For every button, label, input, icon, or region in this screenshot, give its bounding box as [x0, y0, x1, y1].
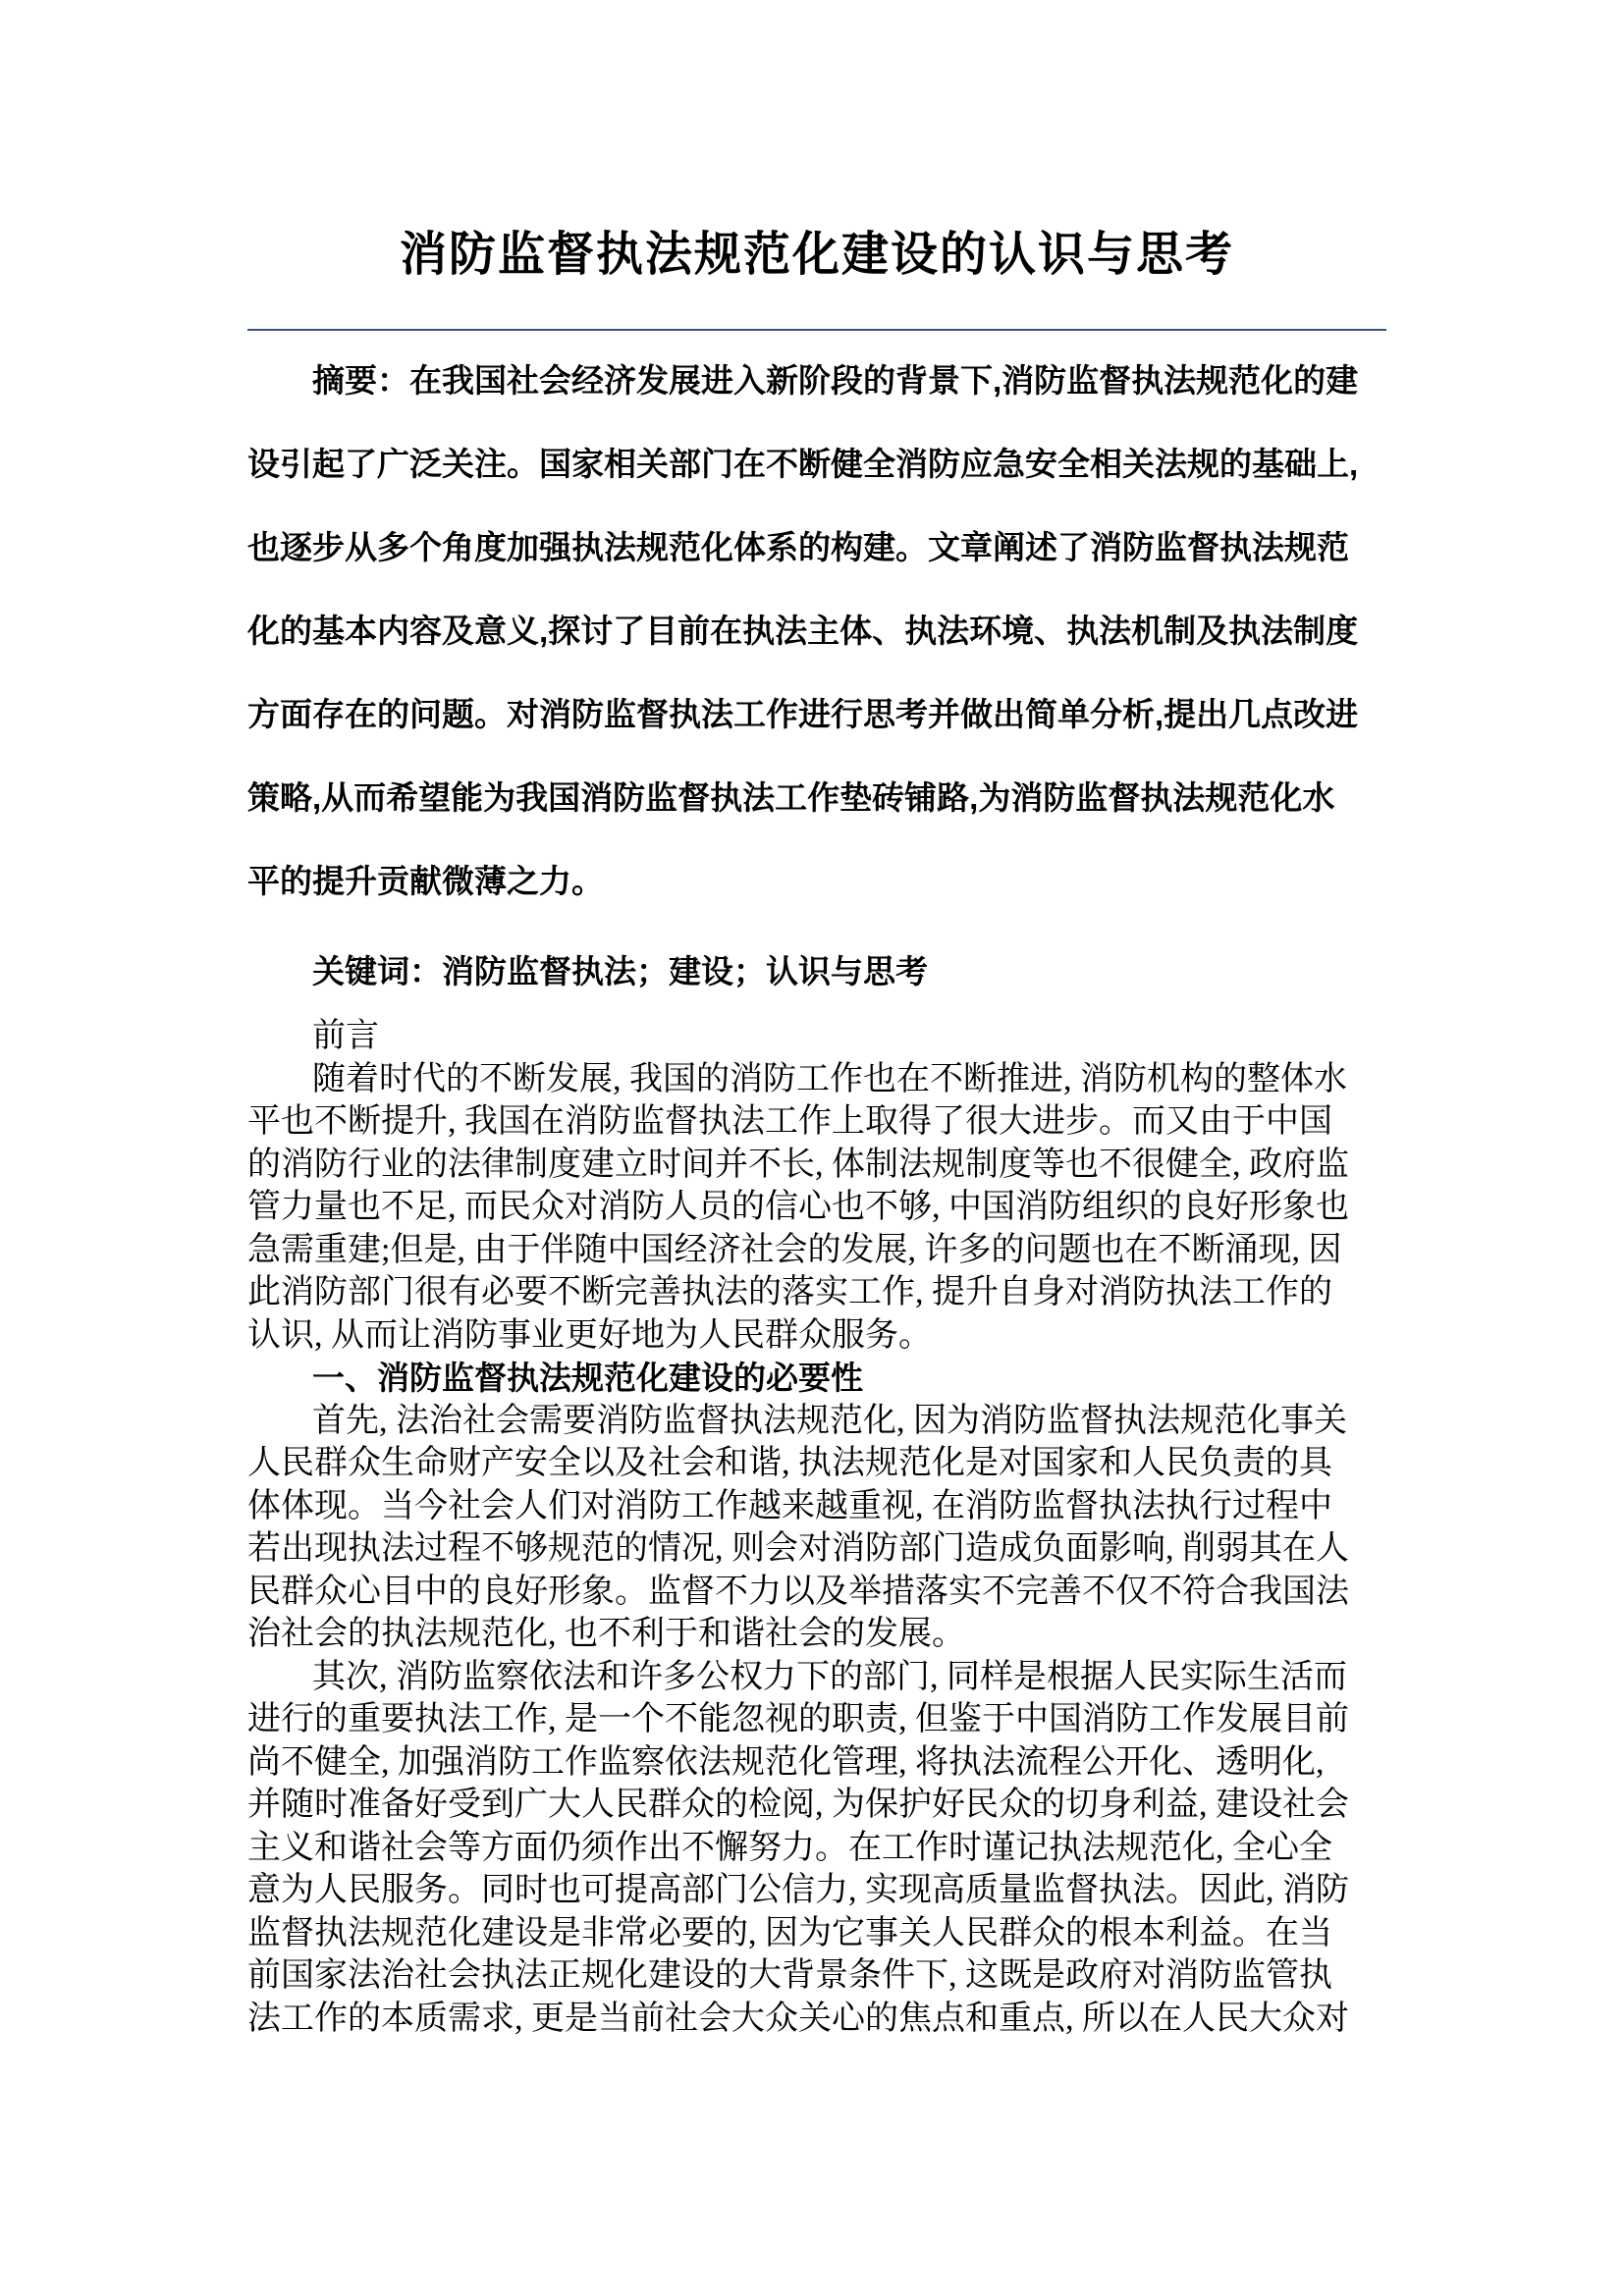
body-line: 民群众心目中的良好形象。监督不力以及举措落实不完善不仅不符合我国法: [247, 1571, 1386, 1614]
section-heading: 一、消防监督执法规范化建设的必要性: [247, 1357, 1386, 1400]
body-line: 随着时代的不断发展, 我国的消防工作也在不断推进, 消防机构的整体水: [247, 1058, 1386, 1101]
abstract-line: 方面存在的问题。对消防监督执法工作进行思考并做出简单分析,提出几点改进: [247, 672, 1386, 756]
body-line: 尚不健全, 加强消防工作监察依法规范化管理, 将执法流程公开化、透明化,: [247, 1741, 1386, 1785]
body-line: 并随时准备好受到广大人民群众的检阅, 为保护好民众的切身利益, 建设社会: [247, 1784, 1386, 1827]
body-line: 主义和谐社会等方面仍须作出不懈努力。在工作时谨记执法规范化, 全心全: [247, 1827, 1386, 1870]
body-line: 意为人民服务。同时也可提高部门公信力, 实现高质量监督执法。因此, 消防: [247, 1869, 1386, 1912]
body-line: 体体现。当今社会人们对消防工作越来越重视, 在消防监督执法执行过程中: [247, 1485, 1386, 1528]
abstract-line: 平的提升贡献微薄之力。: [247, 839, 1386, 923]
body-line: 首先, 法治社会需要消防监督执法规范化, 因为消防监督执法规范化事关: [247, 1400, 1386, 1443]
body-line: 若出现执法过程不够规范的情况, 则会对消防部门造成负面影响, 削弱其在人: [247, 1527, 1386, 1571]
body-line: 管力量也不足, 而民众对消防人员的信心也不够, 中国消防组织的良好形象也: [247, 1186, 1386, 1229]
title-divider-rule: [247, 329, 1386, 331]
abstract-line: 设引起了广泛关注。国家相关部门在不断健全消防应急安全相关法规的基础上,: [247, 422, 1386, 506]
preface-label: 前言: [247, 1015, 1386, 1058]
abstract-line: 化的基本内容及意义,探讨了目前在执法主体、执法环境、执法机制及执法制度: [247, 589, 1386, 672]
abstract-line: 摘要：在我国社会经济发展进入新阶段的背景下,消防监督执法规范化的建: [247, 339, 1386, 422]
body-line: 此消防部门很有必要不断完善执法的落实工作, 提升自身对消防执法工作的: [247, 1271, 1386, 1314]
document-content: 消防监督执法规范化建设的认识与思考 摘要：在我国社会经济发展进入新阶段的背景下,…: [247, 0, 1386, 2040]
body-line: 人民群众生命财产安全以及社会和谐, 执法规范化是对国家和人民负责的具: [247, 1442, 1386, 1485]
abstract-line: 也逐步从多个角度加强执法规范化体系的构建。文章阐述了消防监督执法规范: [247, 506, 1386, 589]
abstract-section: 摘要：在我国社会经济发展进入新阶段的背景下,消防监督执法规范化的建 设引起了广泛…: [247, 339, 1386, 923]
document-title: 消防监督执法规范化建设的认识与思考: [247, 228, 1386, 283]
body-line: 进行的重要执法工作, 是一个不能忽视的职责, 但鉴于中国消防工作发展目前: [247, 1698, 1386, 1741]
body-line: 的消防行业的法律制度建立时间并不长, 体制法规制度等也不很健全, 政府监: [247, 1144, 1386, 1187]
body-line: 认识, 从而让消防事业更好地为人民群众服务。: [247, 1314, 1386, 1358]
keywords-line: 关键词：消防监督执法；建设；认识与思考: [247, 947, 1386, 996]
body-section: 前言 随着时代的不断发展, 我国的消防工作也在不断推进, 消防机构的整体水 平也…: [247, 1015, 1386, 2040]
body-line: 前国家法治社会执法正规化建设的大背景条件下, 这既是政府对消防监管执: [247, 1954, 1386, 1998]
body-line: 法工作的本质需求, 更是当前社会大众关心的焦点和重点, 所以在人民大众对: [247, 1998, 1386, 2041]
body-line: 其次, 消防监察依法和许多公权力下的部门, 同样是根据人民实际生活而: [247, 1656, 1386, 1699]
body-line: 急需重建;但是, 由于伴随中国经济社会的发展, 许多的问题也在不断涌现, 因: [247, 1229, 1386, 1272]
body-line: 平也不断提升, 我国在消防监督执法工作上取得了很大进步。而又由于中国: [247, 1100, 1386, 1144]
body-line: 治社会的执法规范化, 也不利于和谐社会的发展。: [247, 1613, 1386, 1656]
abstract-line: 策略,从而希望能为我国消防监督执法工作垫砖铺路,为消防监督执法规范化水: [247, 756, 1386, 839]
document-page: 消防监督执法规范化建设的认识与思考 摘要：在我国社会经济发展进入新阶段的背景下,…: [0, 0, 1624, 2296]
body-line: 监督执法规范化建设是非常必要的, 因为它事关人民群众的根本利益。在当: [247, 1912, 1386, 1955]
